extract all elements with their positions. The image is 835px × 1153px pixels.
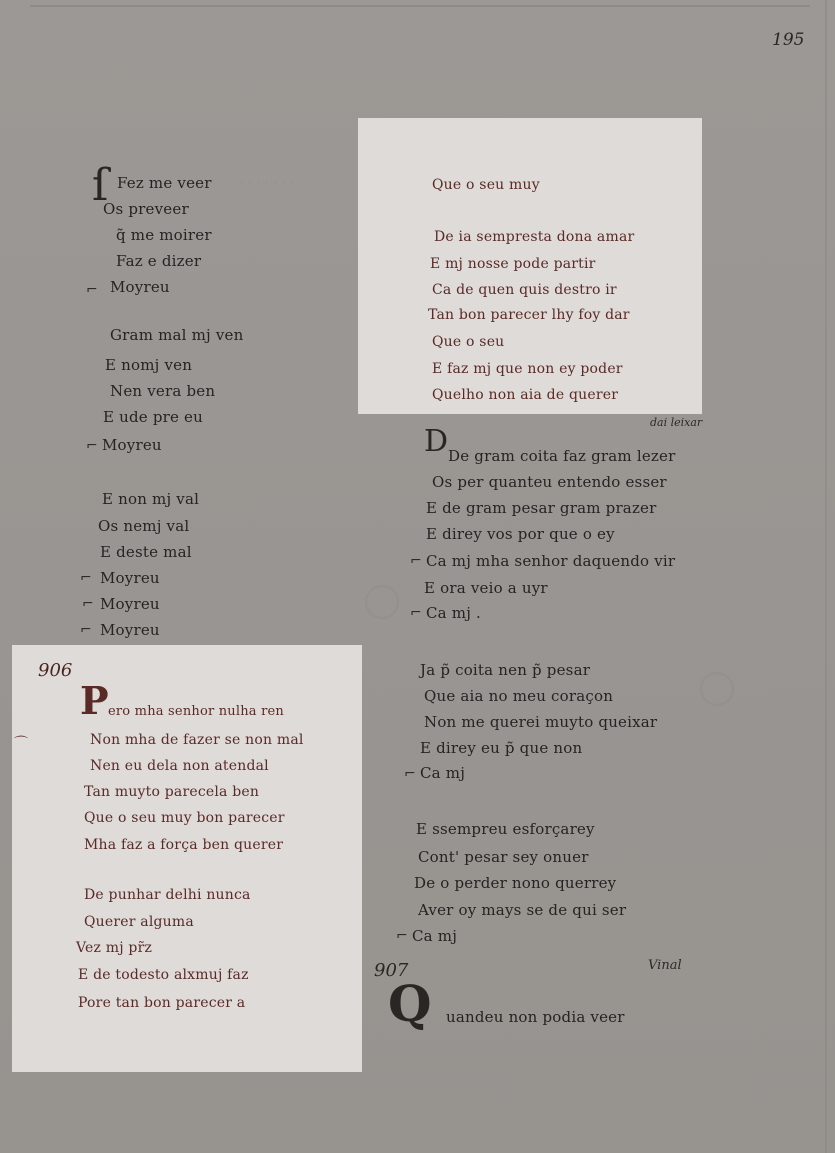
verse-line: Os preveer (103, 200, 189, 218)
refrain-line: Moyreu (110, 278, 170, 296)
verse-line: Nen eu dela non atendal (90, 757, 269, 775)
verse-line: De o perder nono querrey (414, 874, 616, 892)
refrain-mark: ⌐ (410, 605, 422, 621)
verse-line: Os per quanteu entendo esser (432, 473, 667, 491)
verse-line: Vez mj pr̃z (76, 939, 152, 957)
refrain-line: Ca mj (420, 764, 465, 782)
verse-line: Quelho non aia de querer (432, 386, 618, 404)
verse-line: Nen vera ben (110, 382, 215, 400)
refrain-line: Moyreu (100, 621, 160, 639)
poem-number-906: 906 (38, 660, 72, 681)
verse-line: Que aia no meu coraçon (424, 687, 613, 705)
refrain-mark: ⌐ (80, 622, 92, 638)
verse-line: E direy eu p̃ que non (420, 739, 582, 757)
verse-line: De punhar delhi nunca (84, 886, 251, 904)
refrain-mark: ⌐ (86, 438, 98, 454)
verse-line: Querer alguma (84, 913, 194, 931)
stain-mark (700, 672, 734, 706)
refrain-line: Ca mj . (426, 604, 481, 622)
verse-line: Gram mal mj ven (110, 326, 243, 344)
refrain-line: Moyreu (100, 595, 160, 613)
page-edge-right (825, 0, 827, 1153)
verse-line: De ia sempresta dona amar (434, 228, 634, 246)
refrain-mark: ⌐ (396, 928, 408, 944)
verse-line: Faz e dizer (116, 252, 201, 270)
verse-line: E ssempreu esforçarey (416, 820, 595, 838)
verse-line: De gram coita faz gram lezer (448, 447, 675, 465)
verse-line: Ca de quen quis destro ir (432, 281, 617, 299)
refrain-line: Ca mj mha senhor daquendo vir (426, 552, 675, 570)
verse-line: Que o seu muy bon parecer (84, 809, 285, 827)
verse-line: E non mj val (102, 490, 199, 508)
refrain-line: Ca mj (412, 927, 457, 945)
verse-line: Non me querei muyto queixar (424, 713, 657, 731)
refrain-mark: ⌐ (80, 570, 92, 586)
verse-line: Cont' pesar sey onuer (418, 848, 589, 866)
margin-note: dai leixar (650, 416, 702, 429)
verse-line: Tan bon parecer lhy foy dar (428, 306, 630, 324)
verse-line: E faz mj que non ey poder (432, 360, 623, 378)
verse-line: Fez me veer (117, 174, 212, 192)
refrain-line: Moyreu (100, 569, 160, 587)
decorated-initial-p: P (80, 682, 109, 720)
refrain-mark: ⌐ (410, 553, 422, 569)
bleed-through-text: · · · · · · · (240, 176, 294, 191)
verse-line: Pore tan bon parecer a (78, 994, 245, 1012)
verse-line: E direy vos por que o ey (426, 525, 615, 543)
refrain-mark: ⌐ (86, 282, 98, 298)
verse-line: E deste mal (100, 543, 192, 561)
refrain-line: Moyreu (102, 436, 162, 454)
refrain-mark: ⌐ (404, 766, 416, 782)
verse-line: E de gram pesar gram prazer (426, 499, 657, 517)
decorated-initial-q: Q (388, 978, 432, 1030)
stain-mark (365, 585, 399, 619)
verse-line: ero mha senhor nulha ren (108, 703, 284, 721)
verse-line: E mj nosse pode partir (430, 255, 596, 273)
verse-line: E ora veio a uyr (424, 579, 548, 597)
verse-line: Mha faz a força ben querer (84, 836, 283, 854)
verse-line: Aver oy mays se de qui ser (418, 901, 626, 919)
verse-line: q̃ me moirer (116, 226, 212, 244)
verse-line: E de todesto alxmuj faz (78, 966, 249, 984)
verse-line: Tan muyto parecela ben (84, 783, 259, 801)
verse-line: Ja p̃ coita nen p̃ pesar (420, 661, 590, 679)
margin-mark: ⌒ (14, 733, 28, 753)
verse-line: uandeu non podia veer (446, 1008, 625, 1026)
refrain-mark: ⌐ (82, 596, 94, 612)
verse-line: Os nemj val (98, 517, 189, 535)
verse-line: Que o seu (432, 333, 504, 351)
verse-line: E nomj ven (105, 356, 192, 374)
page-edge-top (30, 5, 810, 7)
margin-note: Vinal (648, 958, 682, 973)
verse-line: Que o seu muy (432, 176, 540, 194)
verse-line: E ude pre eu (103, 408, 203, 426)
manuscript-page: · · · · · · · 195 ſ Fez me veer Os preve… (0, 0, 835, 1153)
verse-line: Non mha de fazer se non mal (90, 731, 304, 749)
folio-number: 195 (772, 30, 804, 50)
decorated-initial-d: D (424, 424, 448, 459)
